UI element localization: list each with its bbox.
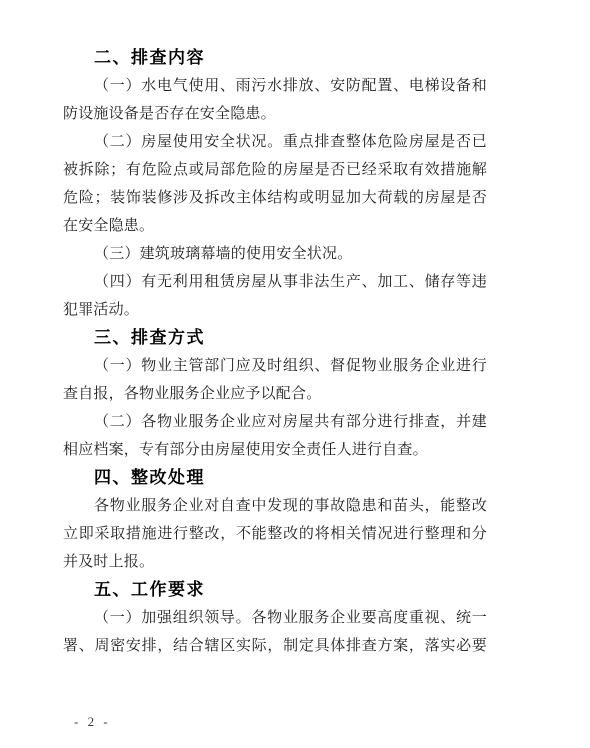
section-heading: 二、排查内容 bbox=[63, 44, 487, 72]
text-line: （三）建筑玻璃幕墙的使用安全状况。 bbox=[63, 240, 487, 268]
section-heading: 三、排查方式 bbox=[63, 324, 487, 352]
text-line: （二）房屋使用安全状况。重点排查整体危险房屋是否已经 bbox=[63, 128, 487, 156]
text-line: 署、周密安排，结合辖区实际，制定具体排查方案，落实必要的 bbox=[63, 632, 487, 660]
document-page: 二、排查内容（一）水电气使用、雨污水排放、安防配置、电梯设备和消防设施设备是否存… bbox=[0, 0, 590, 748]
text-line: 相应档案，专有部分由房屋使用安全责任人进行自查。 bbox=[63, 436, 487, 464]
text-line: （四）有无利用租赁房屋从事非法生产、加工、储存等违法 bbox=[63, 268, 487, 296]
text-line: （一）加强组织领导。各物业服务企业要高度重视、统一部 bbox=[63, 604, 487, 632]
text-line: 被拆除；有危险点或局部危险的房屋是否已经采取有效措施解除 bbox=[63, 156, 487, 184]
text-line: （二）各物业服务企业应对房屋共有部分进行排查，并建立 bbox=[63, 408, 487, 436]
text-line: （一）物业主管部门应及时组织、督促物业服务企业进行自 bbox=[63, 352, 487, 380]
text-line: 立即采取措施进行整改，不能整改的将相关情况进行整理和分析 bbox=[63, 520, 487, 548]
text-line: （一）水电气使用、雨污水排放、安防配置、电梯设备和消 bbox=[63, 72, 487, 100]
text-line: 查自报，各物业服务企业应予以配合。 bbox=[63, 380, 487, 408]
text-line: 各物业服务企业对自查中发现的事故隐患和苗头，能整改的 bbox=[63, 492, 487, 520]
text-line: 危险；装饰装修涉及拆改主体结构或明显加大荷载的房屋是否存 bbox=[63, 184, 487, 212]
text-line: 犯罪活动。 bbox=[63, 296, 487, 324]
text-line: 防设施设备是否存在安全隐患。 bbox=[63, 100, 487, 128]
section-heading: 四、整改处理 bbox=[63, 464, 487, 492]
text-line: 并及时上报。 bbox=[63, 548, 487, 576]
section-heading: 五、工作要求 bbox=[63, 576, 487, 604]
page-number: - 2 - bbox=[74, 713, 111, 731]
document-body: 二、排查内容（一）水电气使用、雨污水排放、安防配置、电梯设备和消防设施设备是否存… bbox=[63, 44, 487, 660]
text-line: 在安全隐患。 bbox=[63, 212, 487, 240]
